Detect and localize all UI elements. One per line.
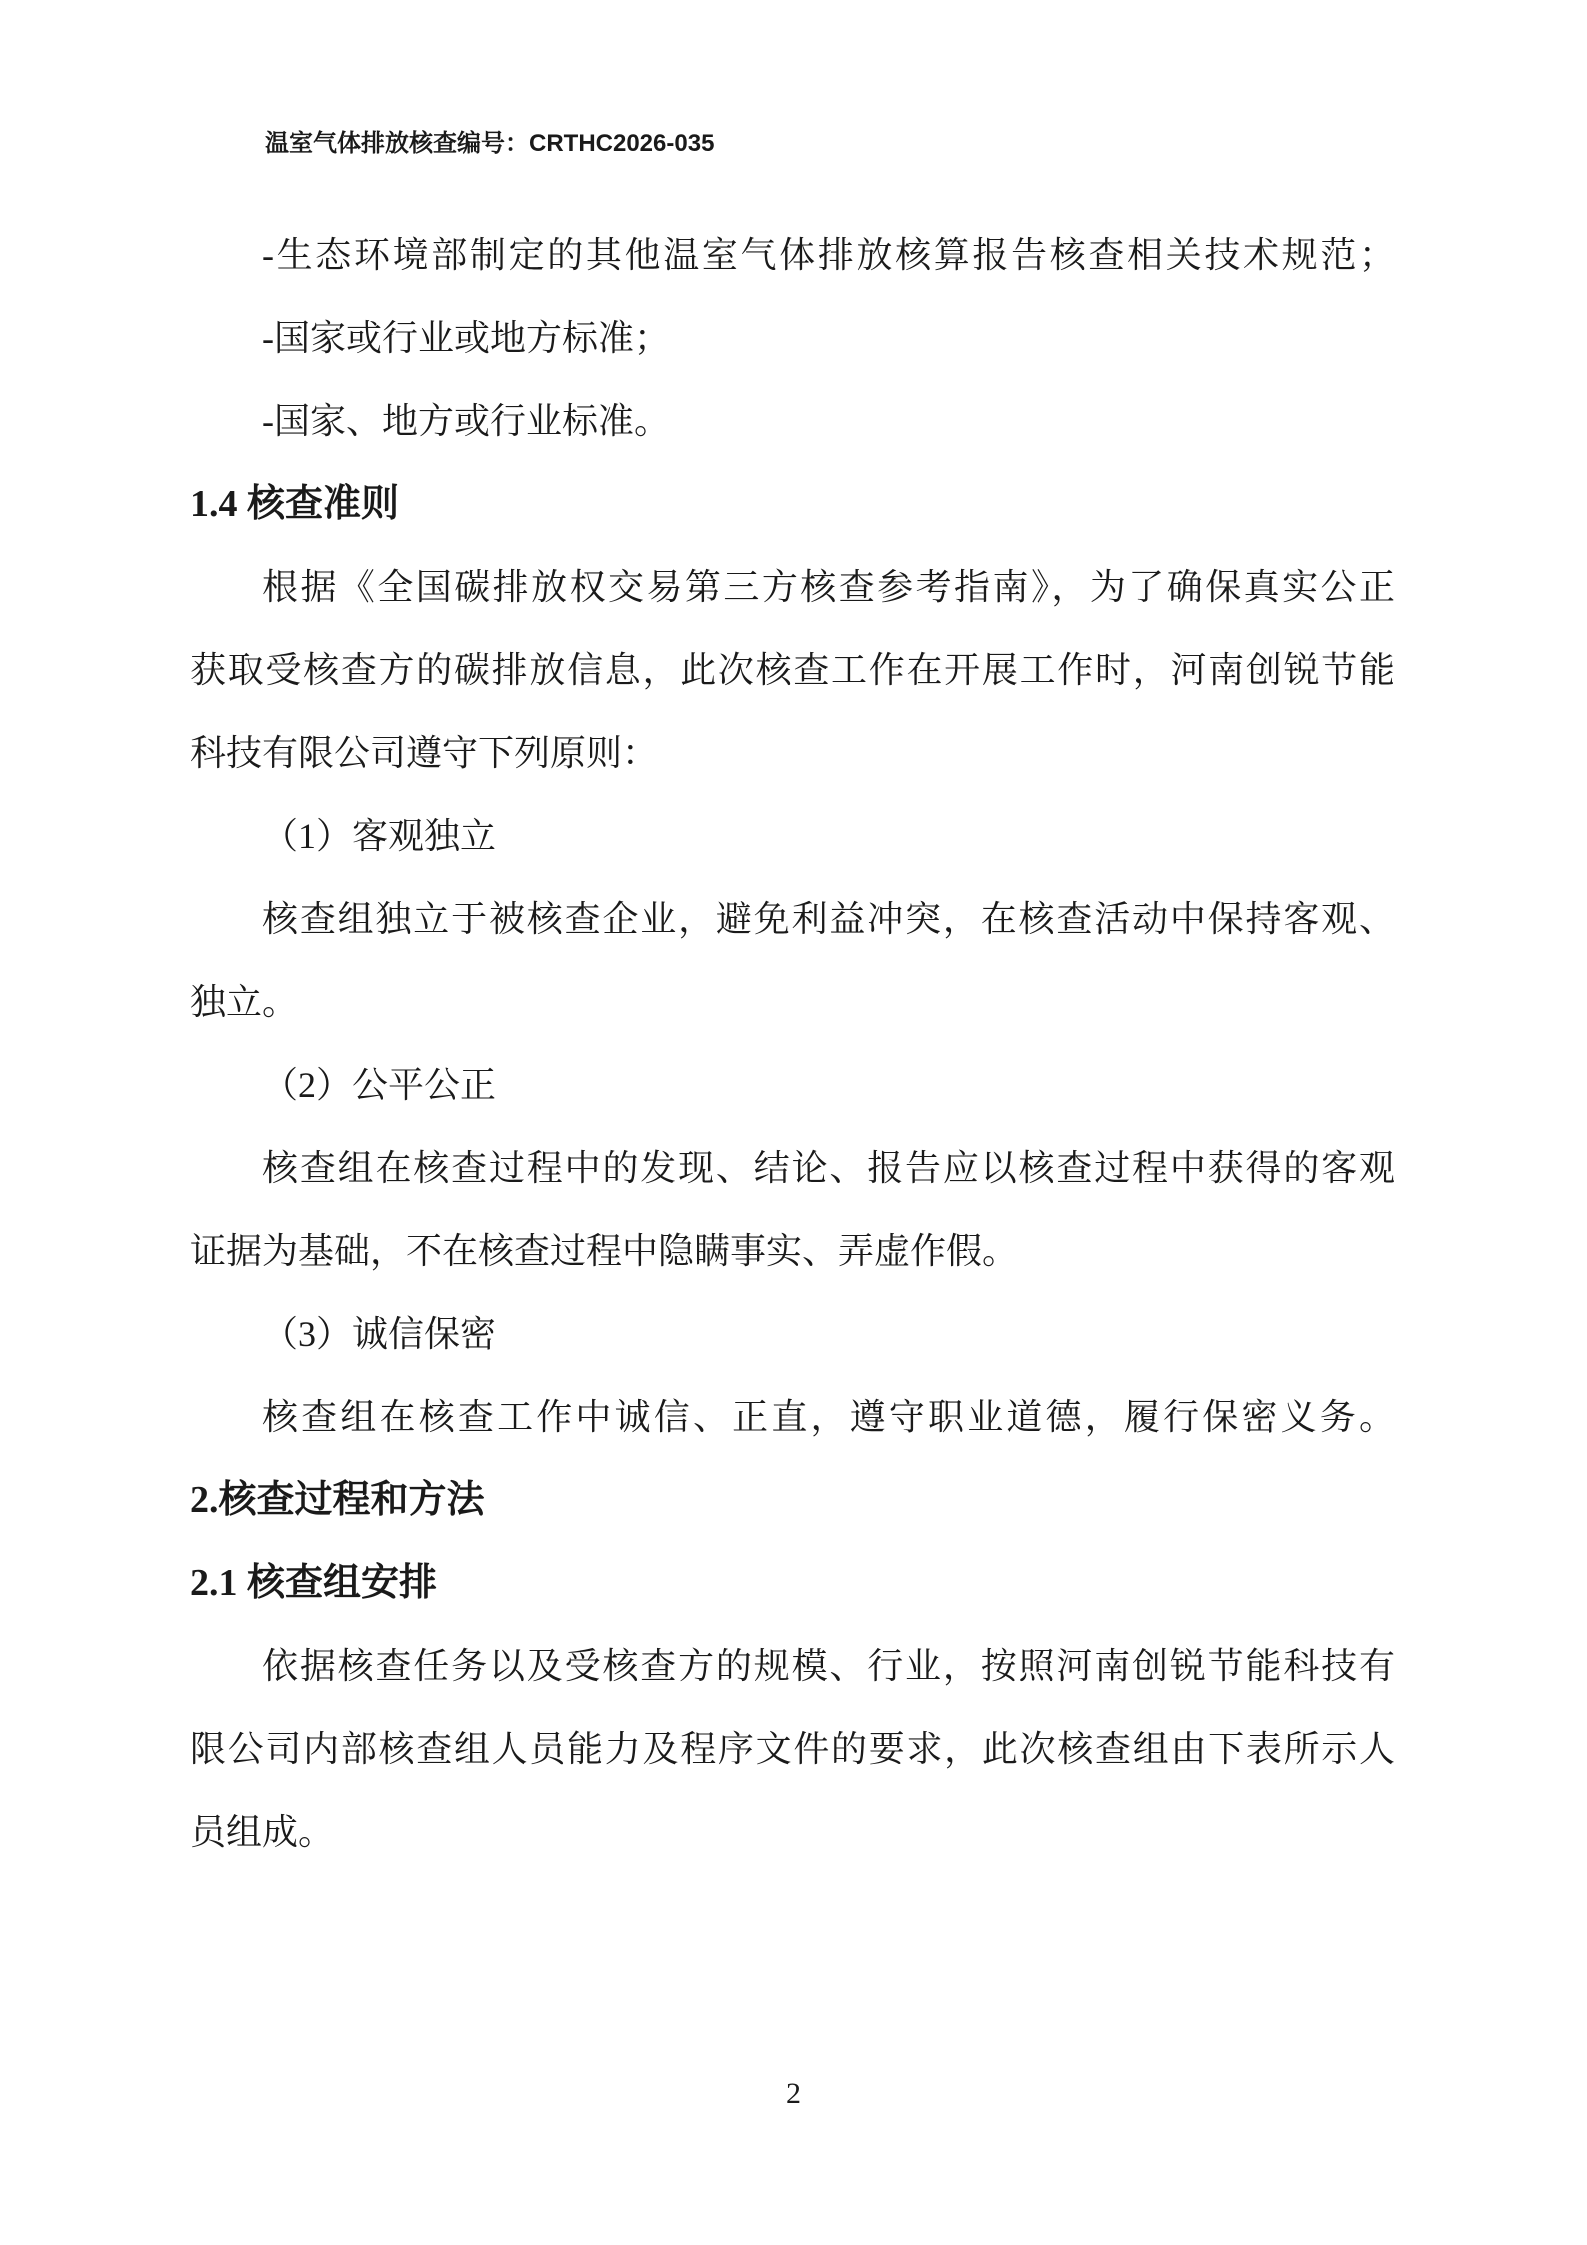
- page-number: 2: [0, 2074, 1587, 2114]
- section-heading-2: 2.核查过程和方法: [190, 1459, 1395, 1542]
- paragraph-line: 核查组独立于被核查企业，避免利益冲突，在核查活动中保持客观、: [190, 878, 1395, 961]
- numbered-item-heading: （3）诚信保密: [190, 1293, 1395, 1376]
- paragraph-line: 获取受核查方的碳排放信息，此次核查工作在开展工作时，河南创锐节能: [190, 629, 1395, 712]
- paragraph-line: 证据为基础，不在核查过程中隐瞒事实、弄虚作假。: [190, 1210, 1395, 1293]
- paragraph-line: 依据核查任务以及受核查方的规模、行业，按照河南创锐节能科技有: [190, 1625, 1395, 1708]
- paragraph-line: 限公司内部核查组人员能力及程序文件的要求，此次核查组由下表所示人: [190, 1708, 1395, 1791]
- section-heading-1-4: 1.4 核查准则: [190, 463, 1395, 546]
- paragraph-line: 核查组在核查工作中诚信、正直，遵守职业道德，履行保密义务。: [190, 1376, 1395, 1459]
- numbered-item-heading: （2）公平公正: [190, 1044, 1395, 1127]
- paragraph-line: 根据《全国碳排放权交易第三方核查参考指南》，为了确保真实公正: [190, 546, 1395, 629]
- section-heading-2-1: 2.1 核查组安排: [190, 1542, 1395, 1625]
- page-header-verification-number: 温室气体排放核查编号：CRTHC2026-035: [265, 128, 714, 160]
- bullet-line: -国家、地方或行业标准。: [190, 380, 1395, 463]
- document-body: -生态环境部制定的其他温室气体排放核算报告核查相关技术规范； -国家或行业或地方…: [190, 214, 1395, 1874]
- paragraph-line: 员组成。: [190, 1791, 1395, 1874]
- bullet-line: -生态环境部制定的其他温室气体排放核算报告核查相关技术规范；: [190, 214, 1395, 297]
- paragraph-line: 独立。: [190, 961, 1395, 1044]
- document-page: 温室气体排放核查编号：CRTHC2026-035 -生态环境部制定的其他温室气体…: [0, 0, 1587, 2245]
- paragraph-line: 核查组在核查过程中的发现、结论、报告应以核查过程中获得的客观: [190, 1127, 1395, 1210]
- paragraph-line: 科技有限公司遵守下列原则：: [190, 712, 1395, 795]
- numbered-item-heading: （1）客观独立: [190, 795, 1395, 878]
- bullet-line: -国家或行业或地方标准；: [190, 297, 1395, 380]
